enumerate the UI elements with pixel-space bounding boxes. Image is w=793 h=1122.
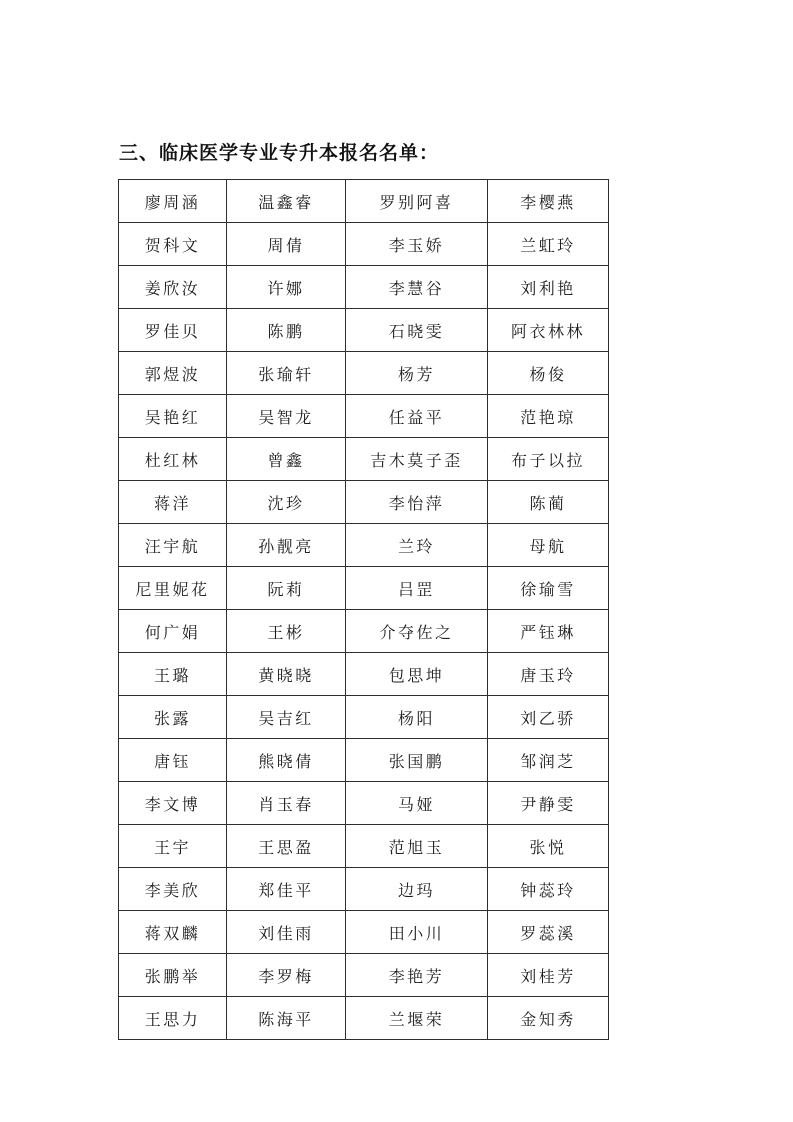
student-name-cell: 范旭玉 xyxy=(346,825,488,868)
student-name-cell: 郑佳平 xyxy=(227,868,346,911)
student-name-cell: 李文博 xyxy=(119,782,227,825)
student-name-cell: 王思力 xyxy=(119,997,227,1040)
student-name-cell: 蒋双麟 xyxy=(119,911,227,954)
student-name-cell: 介夺佐之 xyxy=(346,610,488,653)
student-name-cell: 阮莉 xyxy=(227,567,346,610)
student-name-cell: 廖周涵 xyxy=(119,180,227,223)
roster-table-body: 廖周涵温鑫睿罗别阿喜李樱燕贺科文周倩李玉娇兰虹玲姜欣汝许娜李慧谷刘利艳罗佳贝陈鹏… xyxy=(119,180,609,1040)
student-name-cell: 石晓雯 xyxy=(346,309,488,352)
student-name-cell: 李艳芳 xyxy=(346,954,488,997)
enrollment-roster-table: 廖周涵温鑫睿罗别阿喜李樱燕贺科文周倩李玉娇兰虹玲姜欣汝许娜李慧谷刘利艳罗佳贝陈鹏… xyxy=(118,179,609,1040)
student-name-cell: 金知秀 xyxy=(488,997,609,1040)
document-content: 三、临床医学专业专升本报名名单： 廖周涵温鑫睿罗别阿喜李樱燕贺科文周倩李玉娇兰虹… xyxy=(118,138,678,1040)
student-name-cell: 吴吉红 xyxy=(227,696,346,739)
student-name-cell: 杨阳 xyxy=(346,696,488,739)
section-title: 三、临床医学专业专升本报名名单： xyxy=(119,138,678,165)
student-name-cell: 李慧谷 xyxy=(346,266,488,309)
table-row: 罗佳贝陈鹏石晓雯阿衣林林 xyxy=(119,309,609,352)
student-name-cell: 熊晓倩 xyxy=(227,739,346,782)
student-name-cell: 杜红林 xyxy=(119,438,227,481)
student-name-cell: 田小川 xyxy=(346,911,488,954)
student-name-cell: 范艳琼 xyxy=(488,395,609,438)
student-name-cell: 李罗梅 xyxy=(227,954,346,997)
student-name-cell: 唐钰 xyxy=(119,739,227,782)
student-name-cell: 王彬 xyxy=(227,610,346,653)
student-name-cell: 陈海平 xyxy=(227,997,346,1040)
document-page: 三、临床医学专业专升本报名名单： 廖周涵温鑫睿罗别阿喜李樱燕贺科文周倩李玉娇兰虹… xyxy=(0,0,793,1122)
student-name-cell: 沈珍 xyxy=(227,481,346,524)
student-name-cell: 曾鑫 xyxy=(227,438,346,481)
student-name-cell: 温鑫睿 xyxy=(227,180,346,223)
table-row: 杜红林曾鑫吉木莫子歪布子以拉 xyxy=(119,438,609,481)
student-name-cell: 严钰琳 xyxy=(488,610,609,653)
student-name-cell: 刘乙骄 xyxy=(488,696,609,739)
student-name-cell: 陈鹏 xyxy=(227,309,346,352)
student-name-cell: 布子以拉 xyxy=(488,438,609,481)
table-row: 唐钰熊晓倩张国鹏邹润芝 xyxy=(119,739,609,782)
student-name-cell: 郭煜波 xyxy=(119,352,227,395)
student-name-cell: 吴艳红 xyxy=(119,395,227,438)
student-name-cell: 王璐 xyxy=(119,653,227,696)
table-row: 姜欣汝许娜李慧谷刘利艳 xyxy=(119,266,609,309)
student-name-cell: 许娜 xyxy=(227,266,346,309)
student-name-cell: 蒋洋 xyxy=(119,481,227,524)
table-row: 蒋双麟刘佳雨田小川罗蕊溪 xyxy=(119,911,609,954)
student-name-cell: 兰虹玲 xyxy=(488,223,609,266)
student-name-cell: 肖玉春 xyxy=(227,782,346,825)
student-name-cell: 吉木莫子歪 xyxy=(346,438,488,481)
student-name-cell: 刘桂芳 xyxy=(488,954,609,997)
student-name-cell: 包思坤 xyxy=(346,653,488,696)
student-name-cell: 唐玉玲 xyxy=(488,653,609,696)
student-name-cell: 杨俊 xyxy=(488,352,609,395)
student-name-cell: 李樱燕 xyxy=(488,180,609,223)
student-name-cell: 孙靓亮 xyxy=(227,524,346,567)
student-name-cell: 李玉娇 xyxy=(346,223,488,266)
student-name-cell: 张悦 xyxy=(488,825,609,868)
table-row: 何广娟王彬介夺佐之严钰琳 xyxy=(119,610,609,653)
table-row: 王璐黄晓晓包思坤唐玉玲 xyxy=(119,653,609,696)
student-name-cell: 张鹏举 xyxy=(119,954,227,997)
student-name-cell: 马娅 xyxy=(346,782,488,825)
table-row: 王宇王思盈范旭玉张悦 xyxy=(119,825,609,868)
student-name-cell: 吕罡 xyxy=(346,567,488,610)
student-name-cell: 李美欣 xyxy=(119,868,227,911)
student-name-cell: 钟蕊玲 xyxy=(488,868,609,911)
student-name-cell: 尹静雯 xyxy=(488,782,609,825)
student-name-cell: 张瑜轩 xyxy=(227,352,346,395)
student-name-cell: 李怡萍 xyxy=(346,481,488,524)
student-name-cell: 罗别阿喜 xyxy=(346,180,488,223)
student-name-cell: 母航 xyxy=(488,524,609,567)
student-name-cell: 姜欣汝 xyxy=(119,266,227,309)
table-row: 郭煜波张瑜轩杨芳杨俊 xyxy=(119,352,609,395)
table-row: 贺科文周倩李玉娇兰虹玲 xyxy=(119,223,609,266)
table-row: 廖周涵温鑫睿罗别阿喜李樱燕 xyxy=(119,180,609,223)
table-row: 王思力陈海平兰堰荣金知秀 xyxy=(119,997,609,1040)
student-name-cell: 邹润芝 xyxy=(488,739,609,782)
student-name-cell: 何广娟 xyxy=(119,610,227,653)
student-name-cell: 周倩 xyxy=(227,223,346,266)
table-row: 李美欣郑佳平边玛钟蕊玲 xyxy=(119,868,609,911)
student-name-cell: 尼里妮花 xyxy=(119,567,227,610)
table-row: 李文博肖玉春马娅尹静雯 xyxy=(119,782,609,825)
student-name-cell: 吴智龙 xyxy=(227,395,346,438)
student-name-cell: 张国鹏 xyxy=(346,739,488,782)
student-name-cell: 兰堰荣 xyxy=(346,997,488,1040)
student-name-cell: 张露 xyxy=(119,696,227,739)
student-name-cell: 徐瑜雪 xyxy=(488,567,609,610)
table-row: 尼里妮花阮莉吕罡徐瑜雪 xyxy=(119,567,609,610)
table-row: 蒋洋沈珍李怡萍陈蔺 xyxy=(119,481,609,524)
student-name-cell: 阿衣林林 xyxy=(488,309,609,352)
student-name-cell: 边玛 xyxy=(346,868,488,911)
student-name-cell: 刘佳雨 xyxy=(227,911,346,954)
student-name-cell: 王宇 xyxy=(119,825,227,868)
student-name-cell: 贺科文 xyxy=(119,223,227,266)
student-name-cell: 汪宇航 xyxy=(119,524,227,567)
student-name-cell: 王思盈 xyxy=(227,825,346,868)
student-name-cell: 杨芳 xyxy=(346,352,488,395)
student-name-cell: 任益平 xyxy=(346,395,488,438)
table-row: 汪宇航孙靓亮兰玲母航 xyxy=(119,524,609,567)
table-row: 吴艳红吴智龙任益平范艳琼 xyxy=(119,395,609,438)
student-name-cell: 刘利艳 xyxy=(488,266,609,309)
student-name-cell: 兰玲 xyxy=(346,524,488,567)
student-name-cell: 黄晓晓 xyxy=(227,653,346,696)
student-name-cell: 陈蔺 xyxy=(488,481,609,524)
student-name-cell: 罗蕊溪 xyxy=(488,911,609,954)
table-row: 张露吴吉红杨阳刘乙骄 xyxy=(119,696,609,739)
table-row: 张鹏举李罗梅李艳芳刘桂芳 xyxy=(119,954,609,997)
student-name-cell: 罗佳贝 xyxy=(119,309,227,352)
